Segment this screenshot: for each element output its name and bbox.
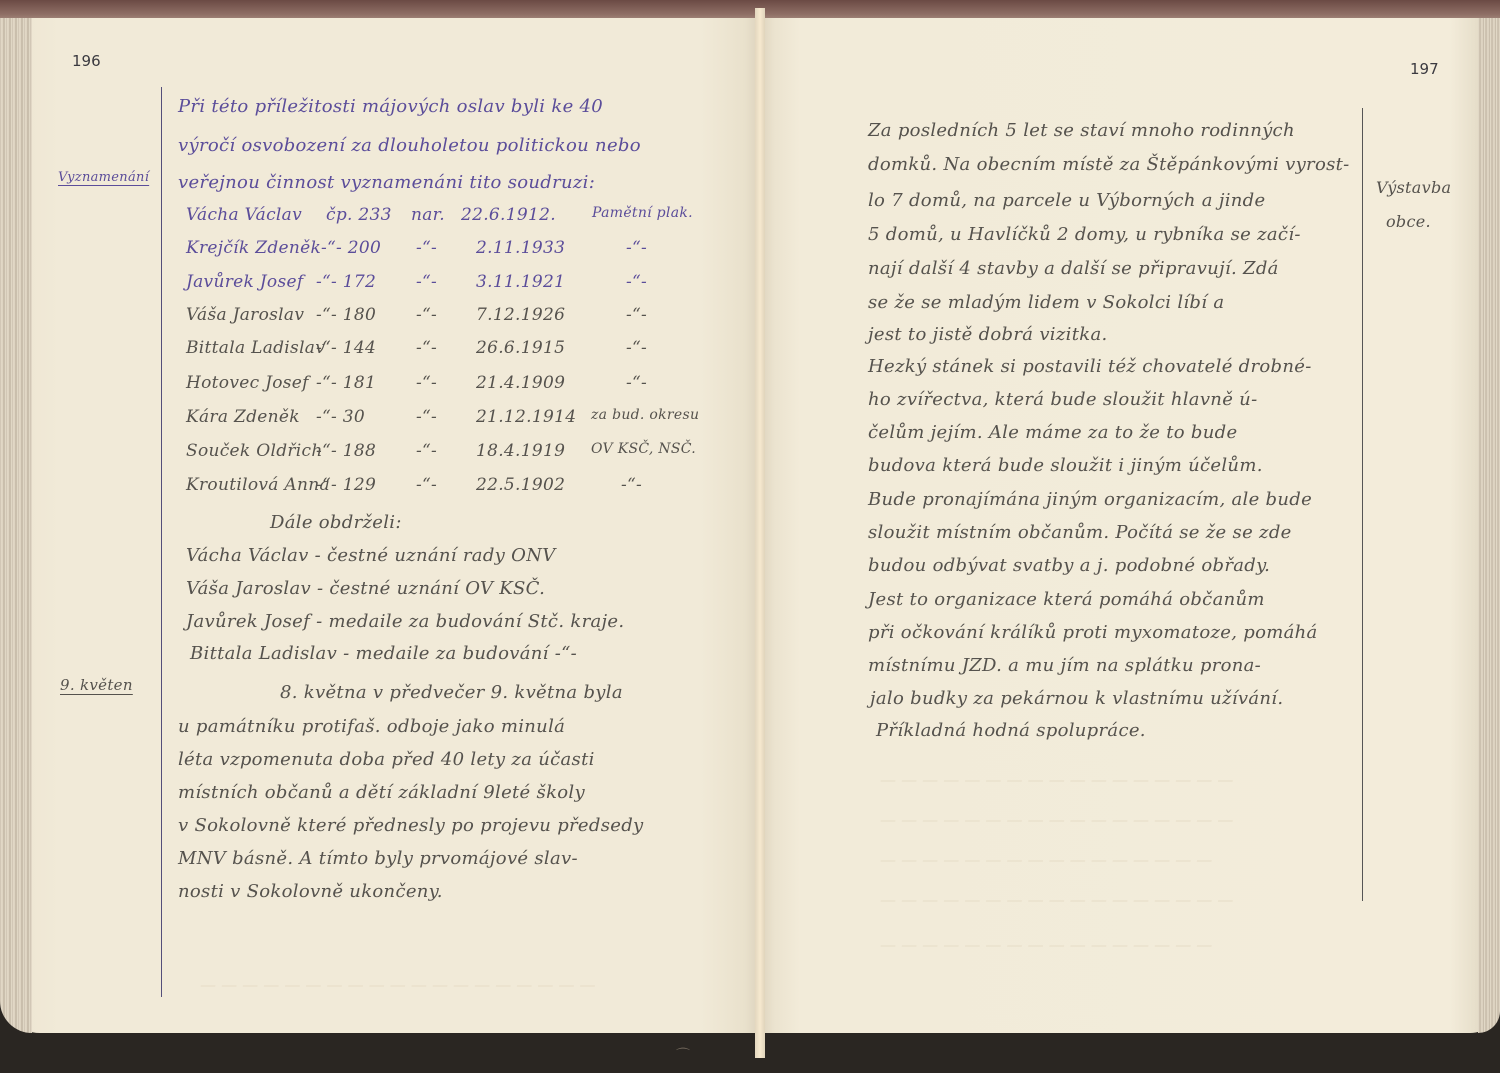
may9-line: 8. května v předvečer 9. května byla: [280, 682, 623, 703]
award-born-label: -“-: [416, 238, 437, 258]
award-cp: -“- 172: [316, 272, 376, 292]
body-line: jalo budky za pekárnou k vlastnímu užívá…: [870, 688, 1283, 709]
award-cp: -“- 180: [316, 305, 376, 325]
award-born-label: -“-: [416, 272, 437, 292]
award-type: -“-: [626, 338, 647, 358]
intro-line: veřejnou činnost vyznamenáni tito soudru…: [178, 172, 595, 193]
further-heading: Dále obdrželi:: [270, 512, 402, 533]
body-line: čelům jejím. Ale máme za to že to bude: [868, 422, 1237, 443]
bleed-through-text: — — — — — — — — — — — — — — — —: [880, 850, 1212, 869]
book-gutter: [755, 8, 765, 1058]
award-name: Krejčík Zdeněk: [186, 238, 321, 258]
margin-note-9-kveten: 9. květen: [60, 676, 133, 694]
page-number-right: 197: [1410, 60, 1439, 78]
award-cp: -“- 200: [321, 238, 381, 258]
award-name: Javůrek Josef: [186, 272, 303, 292]
further-line: Javůrek Josef - medaile za budování Stč.…: [186, 611, 624, 632]
award-type: -“-: [626, 305, 647, 325]
award-born-label: -“-: [416, 338, 437, 358]
body-line: 5 domů, u Havlíčků 2 domy, u rybníka se …: [868, 224, 1301, 245]
body-line: místnímu JZD. a mu jím na splátku prona-: [868, 655, 1261, 676]
may9-line: u památníku protifaš. odboje jako minulá: [178, 716, 565, 737]
award-name: Váša Jaroslav: [186, 305, 304, 325]
award-type: Pamětní plak.: [592, 205, 693, 221]
award-date: 22.5.1902: [476, 475, 565, 495]
award-born-label: -“-: [416, 305, 437, 325]
body-line: Za posledních 5 let se staví mnoho rodin…: [868, 120, 1295, 141]
award-cp: -“- 188: [316, 441, 376, 461]
body-line: Příkladná hodná spolupráce.: [876, 720, 1146, 741]
may9-line: léta vzpomenuta doba před 40 lety za úča…: [178, 749, 595, 770]
body-line: budou odbývat svatby a j. podobné obřady…: [868, 555, 1270, 576]
margin-rule-left: [161, 87, 162, 997]
bleed-through-text: — — — — — — — — — — — — — — — — —: [880, 770, 1233, 789]
award-date: 18.4.1919: [476, 441, 565, 461]
margin-note-vyznamenani: Vyznamenání: [58, 170, 149, 185]
margin-note-obce: obce.: [1386, 212, 1431, 231]
page-number-left: 196: [72, 52, 101, 70]
award-cp: -“- 129: [316, 475, 376, 495]
award-name: Vácha Václav: [186, 205, 302, 225]
margin-rule-right: [1362, 108, 1363, 901]
body-line: Jest to organizace která pomáhá občanům: [868, 589, 1265, 610]
margin-note-vystavba: Výstavba: [1376, 178, 1451, 197]
may9-line: MNV básně. A tímto byly prvomájové slav-: [178, 848, 578, 869]
award-cp: -“- 144: [316, 338, 376, 358]
pencil-mark: ⌒: [676, 1045, 690, 1065]
body-line: Hezký stánek si postavili též chovatelé …: [868, 356, 1312, 377]
intro-line: výročí osvobození za dlouholetou politic…: [178, 135, 641, 156]
award-date: 3.11.1921: [476, 272, 565, 292]
award-name: Bittala Ladislav: [186, 338, 325, 358]
award-cp: -“- 181: [316, 373, 376, 393]
award-cp: čp. 233: [326, 205, 392, 225]
may9-line: místních občanů a dětí základní 9leté šk…: [178, 782, 585, 803]
further-line: Bittala Ladislav - medaile za budování -…: [190, 643, 577, 664]
body-line: sloužit místním občanům. Počítá se že se…: [868, 522, 1292, 543]
further-line: Vácha Václav - čestné uznání rady ONV: [186, 545, 556, 566]
bleed-through-text: — — — — — — — — — — — — — — — — — — —: [200, 975, 596, 994]
award-born-label: -“-: [416, 441, 437, 461]
award-name: Kára Zdeněk: [186, 407, 300, 427]
award-cp: -“- 30: [316, 407, 365, 427]
award-date: 21.12.1914: [476, 407, 576, 427]
award-born-label: -“-: [416, 373, 437, 393]
left-page-stack-edge: [0, 18, 32, 1033]
award-name: Souček Oldřich: [186, 441, 323, 461]
award-born-label: -“-: [416, 407, 437, 427]
award-born-label: nar.: [411, 205, 445, 225]
bleed-through-text: — — — — — — — — — — — — — — — — —: [880, 810, 1233, 829]
body-line: ho zvířectva, která bude sloužit hlavně …: [868, 389, 1257, 410]
award-type: -“-: [626, 373, 647, 393]
award-born-label: -“-: [416, 475, 437, 495]
award-date: 22.6.1912.: [461, 205, 556, 225]
body-line: lo 7 domů, na parcele u Výborných a jind…: [868, 190, 1265, 211]
award-type: za bud. okresu: [591, 407, 699, 423]
bleed-through-text: — — — — — — — — — — — — — — — — —: [880, 890, 1233, 909]
right-page-stack-edge: [1478, 18, 1500, 1033]
body-line: domků. Na obecním místě za Štěpánkovými …: [868, 154, 1350, 175]
award-name: Hotovec Josef: [186, 373, 309, 393]
body-line: nají další 4 stavby a další se připravuj…: [868, 258, 1279, 279]
award-date: 7.12.1926: [476, 305, 565, 325]
may9-line: nosti v Sokolovně ukončeny.: [178, 881, 443, 902]
award-name: Kroutilová Anna: [186, 475, 330, 495]
body-line: Bude pronajímána jiným organizacím, ale …: [868, 489, 1312, 510]
award-date: 26.6.1915: [476, 338, 565, 358]
body-line: jest to jistě dobrá vizitka.: [868, 324, 1108, 345]
body-line: budova která bude sloužit i jiným účelům…: [868, 455, 1263, 476]
may9-line: v Sokolovně které přednesly po projevu p…: [178, 815, 643, 836]
award-type: -“-: [626, 238, 647, 258]
bleed-through-text: — — — — — — — — — — — — — — — —: [880, 935, 1212, 954]
award-type: -“-: [626, 272, 647, 292]
intro-line: Při této příležitosti májových oslav byl…: [178, 96, 603, 117]
body-line: se že se mladým lidem v Sokolci líbí a: [868, 292, 1224, 313]
award-date: 21.4.1909: [476, 373, 565, 393]
award-type: OV KSČ, NSČ.: [591, 441, 696, 457]
award-type: -“-: [621, 475, 642, 495]
further-line: Váša Jaroslav - čestné uznání OV KSČ.: [186, 578, 545, 599]
award-date: 2.11.1933: [476, 238, 565, 258]
body-line: při očkování králíků proti myxomatoze, p…: [868, 622, 1318, 643]
